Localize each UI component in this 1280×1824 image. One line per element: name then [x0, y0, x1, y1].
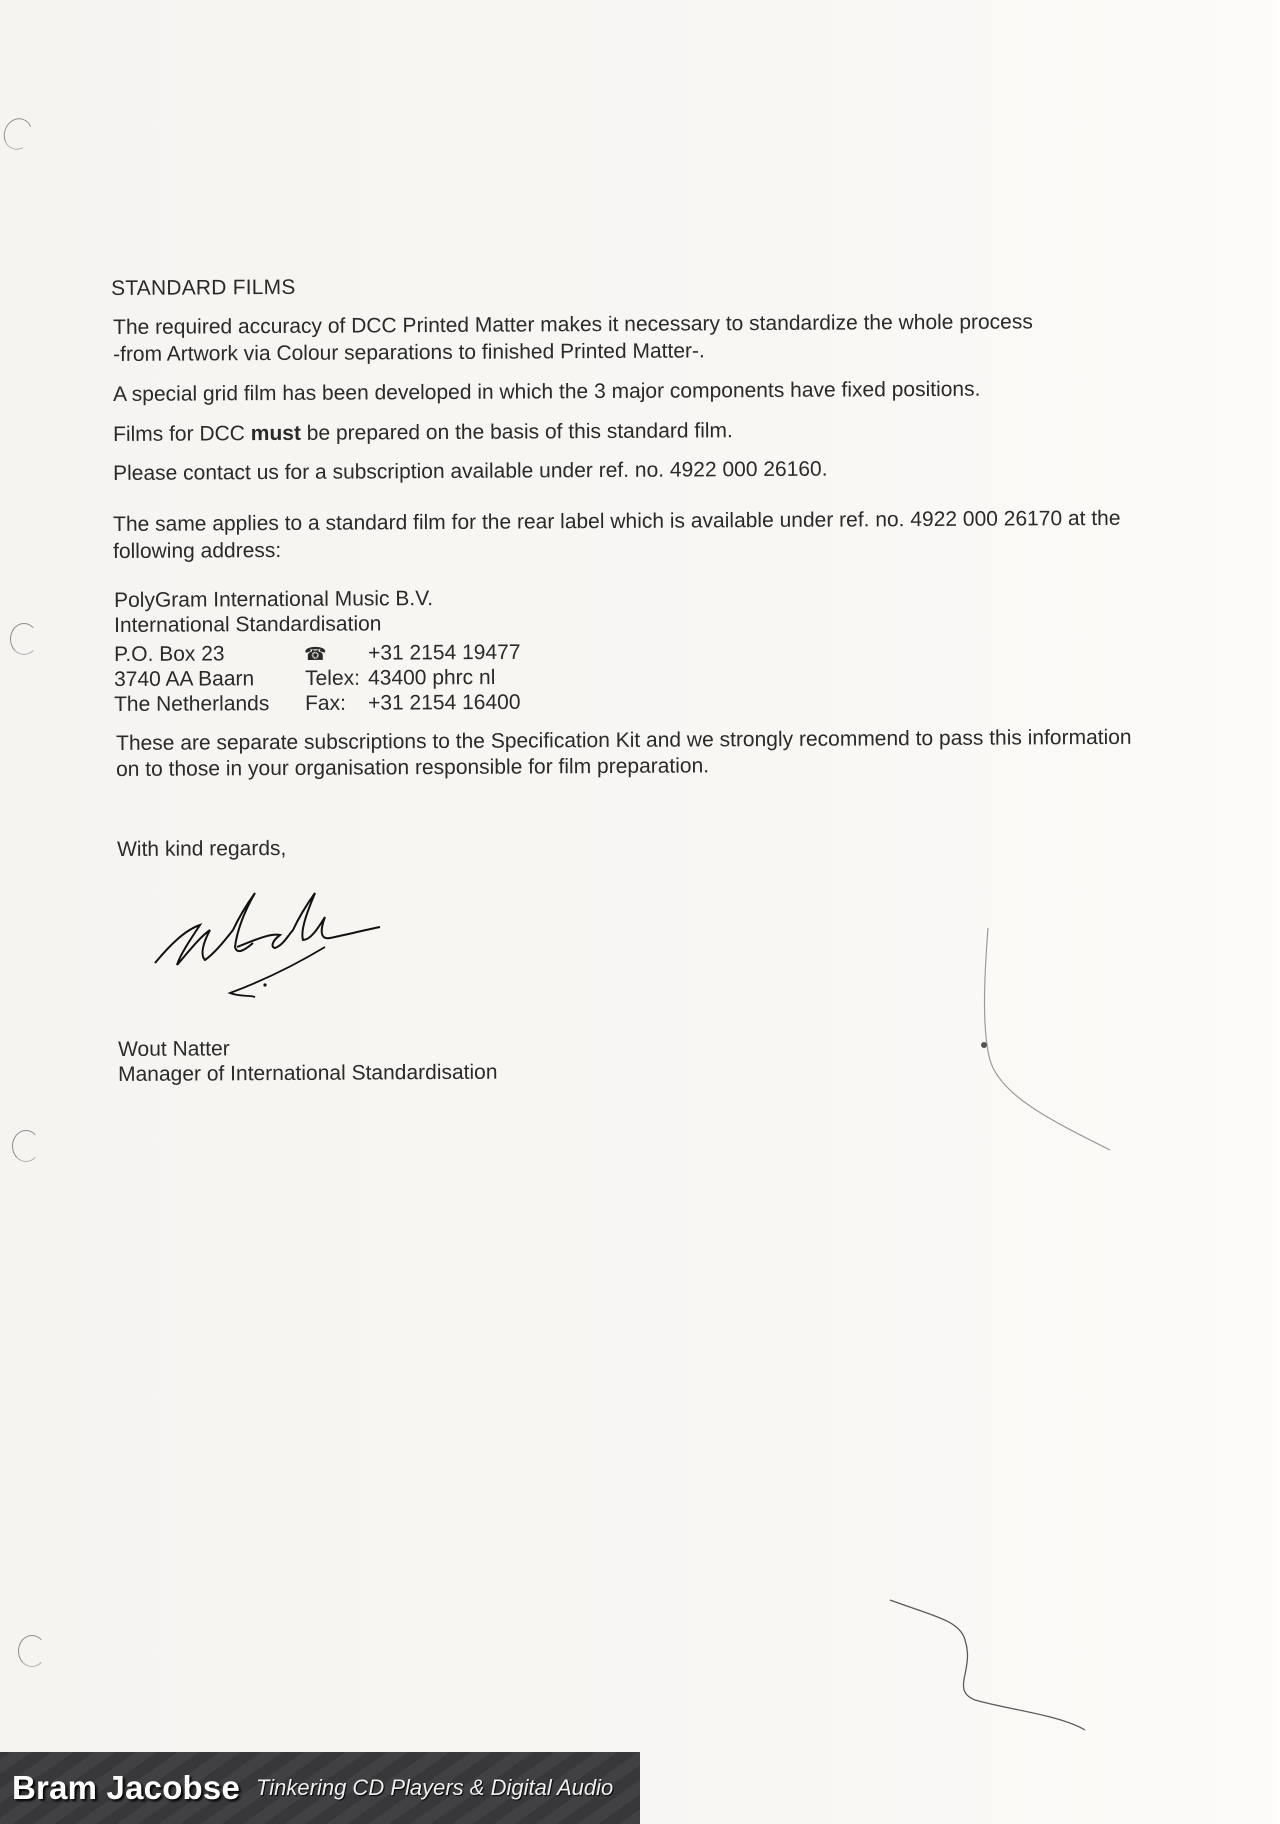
address-po-box: P.O. Box 23 — [114, 641, 225, 667]
address-country: The Netherlands — [114, 691, 269, 717]
fax-number: +31 2154 16400 — [368, 690, 521, 716]
punch-hole-mark — [12, 1130, 40, 1162]
paragraph-line: -from Artwork via Colour separations to … — [113, 338, 705, 367]
paragraph-line: on to those in your organisation respons… — [116, 753, 709, 782]
fax-label: Fax: — [305, 691, 346, 716]
signatory-title: Manager of International Standardisation — [118, 1060, 498, 1087]
paragraph: Please contact us for a subscription ava… — [113, 457, 828, 486]
section-heading: STANDARD FILMS — [111, 275, 296, 301]
paragraph-line: following address: — [113, 538, 281, 564]
paragraph-line: The required accuracy of DCC Printed Mat… — [113, 309, 1033, 340]
address-department: International Standardisation — [114, 611, 382, 638]
address-company: PolyGram International Music B.V. — [114, 586, 433, 613]
paragraph-text: Films for DCC — [113, 422, 251, 446]
punch-hole-mark — [0, 114, 37, 154]
telephone-icon: ☎ — [304, 642, 327, 667]
phone-number: +31 2154 19477 — [368, 640, 521, 666]
paragraph-line: These are separate subscriptions to the … — [116, 725, 1132, 756]
closing-salutation: With kind regards, — [117, 836, 286, 862]
telex-number: 43400 phrc nl — [368, 665, 495, 691]
address-postcode-city: 3740 AA Baarn — [114, 666, 254, 692]
paragraph: Films for DCC must be prepared on the ba… — [113, 418, 733, 447]
paragraph-line: The same applies to a standard film for … — [113, 506, 1121, 537]
paragraph: A special grid film has been developed i… — [113, 377, 980, 407]
brand-name: Bram Jacobse — [12, 1769, 240, 1807]
hair-mark — [960, 920, 1130, 1160]
paragraph-text: be prepared on the basis of this standar… — [301, 419, 733, 445]
handwritten-signature — [145, 885, 395, 1015]
punch-hole-mark — [10, 623, 38, 655]
brand-tagline: Tinkering CD Players & Digital Audio — [256, 1775, 613, 1801]
punch-hole-mark — [18, 1635, 46, 1667]
signatory-name: Wout Natter — [118, 1036, 230, 1062]
page-edge — [1270, 0, 1280, 1824]
hair-mark — [880, 1590, 1100, 1740]
telex-label: Telex: — [305, 666, 360, 691]
scanned-page: STANDARD FILMS The required accuracy of … — [0, 0, 1280, 1824]
emphasis-must: must — [251, 422, 301, 445]
footer-banner: Bram Jacobse Tinkering CD Players & Digi… — [0, 1752, 640, 1824]
